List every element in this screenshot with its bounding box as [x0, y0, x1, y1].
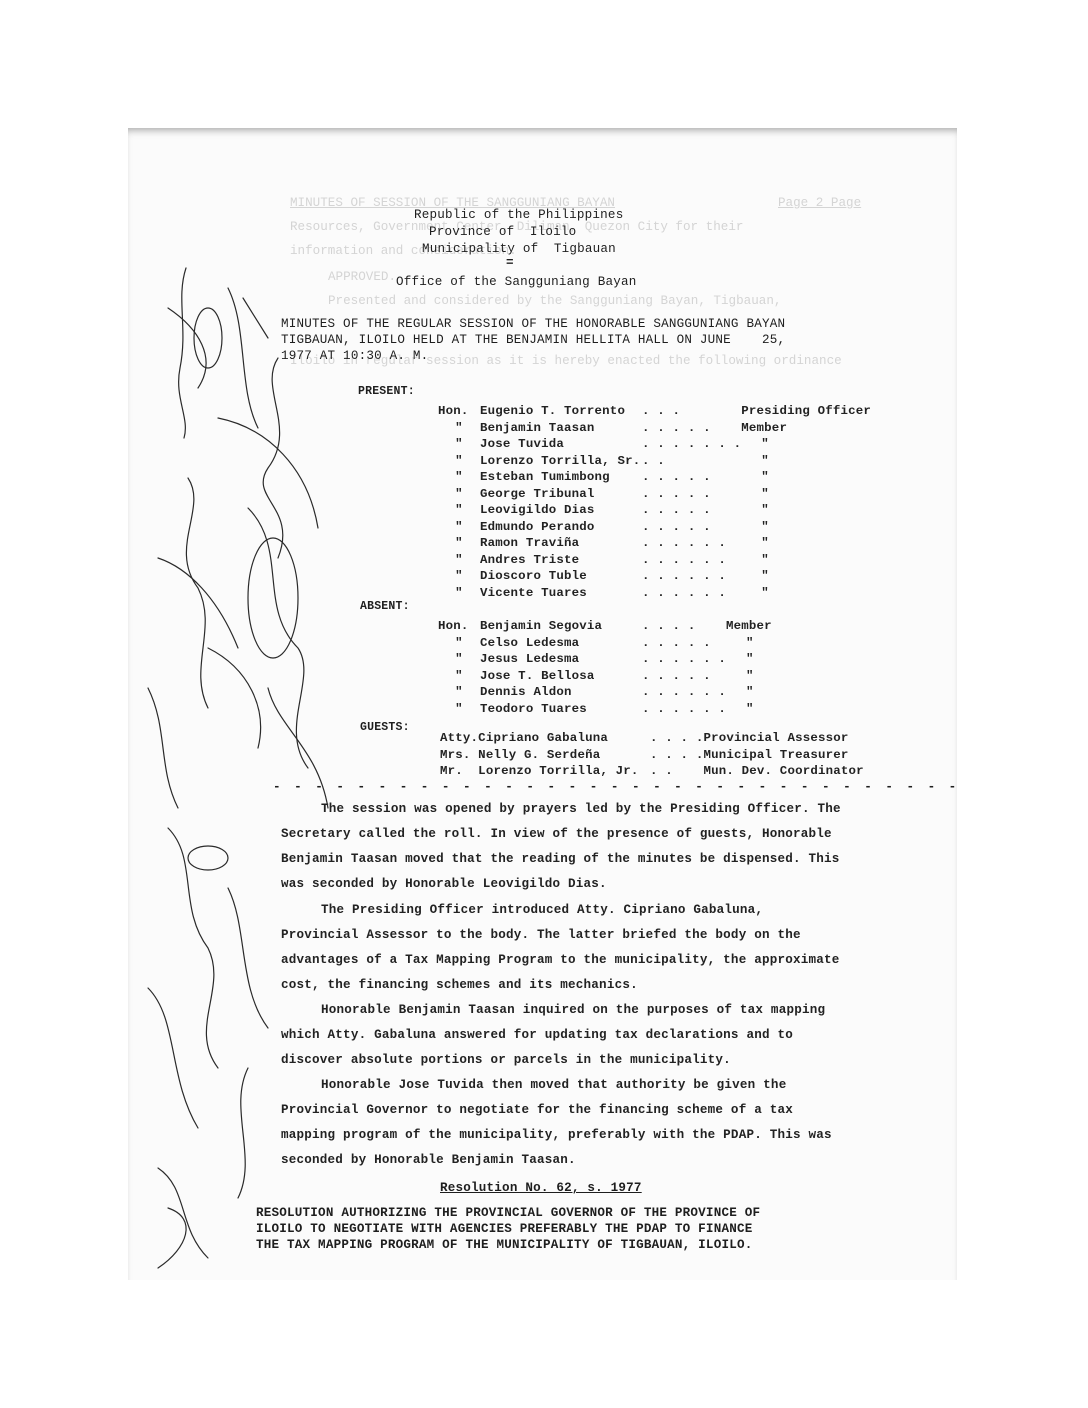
handwritten-signatures	[128, 128, 957, 1280]
scanned-page: MINUTES OF SESSION OF THE SANGGUNIANG BA…	[128, 128, 957, 1280]
